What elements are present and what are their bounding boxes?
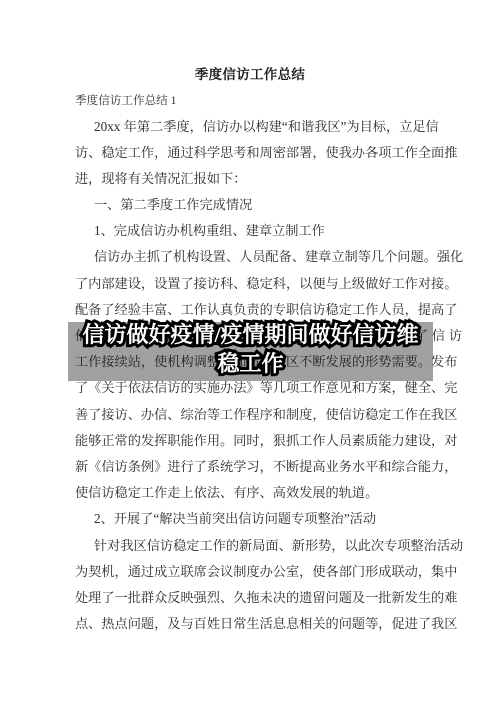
text-line: 信访办主抓了机构设置、人员配备、建章立制等几个问题。强化: [75, 244, 462, 270]
document-subtitle: 季度信访工作总结 1: [75, 92, 176, 108]
text-line: 一、第二季度工作完成情况: [75, 192, 462, 218]
text-line: 2、开展了“解决当前突出信访问题专项整治”活动: [75, 506, 462, 532]
watermark-text-line-1: 信访做好疫情/疫情期间做好信访维 信访做好疫情/疫情期间做好信访维: [68, 321, 433, 350]
watermark-text: 信访做好疫情/疫情期间做好信访维 信访做好疫情/疫情期间做好信访维 稳工作 稳工…: [68, 321, 433, 378]
text-line: 访、稳定工作，通过科学思考和周密部署，使我办各项工作全面推: [75, 140, 462, 166]
text-line: 1、完成信访办机构重组、建章立制工作: [75, 218, 462, 244]
text-line: 进，现将有关情况汇报如下：: [75, 166, 462, 192]
page-title: 季度信访工作总结: [0, 63, 500, 83]
text-line: 针对我区信访稳定工作的新局面、新形势，以此次专项整治活动: [75, 533, 462, 559]
text-line: 使信访稳定工作走上依法、有序、高效发展的轨道。: [75, 480, 462, 506]
document-page: 季度信访工作总结 季度信访工作总结 1 20xx 年第二季度，信访办以构建“和谐…: [0, 0, 500, 706]
watermark-text-fill: 稳工作: [217, 351, 283, 376]
text-line: 新《信访条例》进行了系统学习，不断提高业务水平和综合能力，: [75, 454, 462, 480]
text-line: 处理了一批群众反映强烈、久拖未决的遗留问题及一批新发生的难: [75, 585, 462, 611]
watermark-text-line-2: 稳工作 稳工作: [68, 350, 433, 379]
text-line: 了内部建设，设置了接访科、稳定科，以便与上级做好工作对接。: [75, 271, 462, 297]
text-line: 配备了经验丰富、工作认真负责的专职信访稳定工作人员，提高了: [75, 297, 462, 323]
text-line: 点、热点问题，及与百姓日常生活息息相关的问题等，促进了我区: [75, 611, 462, 637]
text-line: 能够正常的发挥职能作用。同时，狠抓工作人员素质能力建设，对: [75, 428, 462, 454]
text-line: 为契机，通过成立联席会议制度办公室，使各部门形成联动，集中: [75, 559, 462, 585]
text-line: 善了接访、办信、综治等工作程序和制度，使信访稳定工作在我区: [75, 402, 462, 428]
watermark-text-fill: 信访做好疫情/疫情期间做好信访维: [82, 322, 418, 347]
text-line: 20xx 年第二季度，信访办以构建“和谐我区”为目标，立足信: [75, 114, 462, 140]
